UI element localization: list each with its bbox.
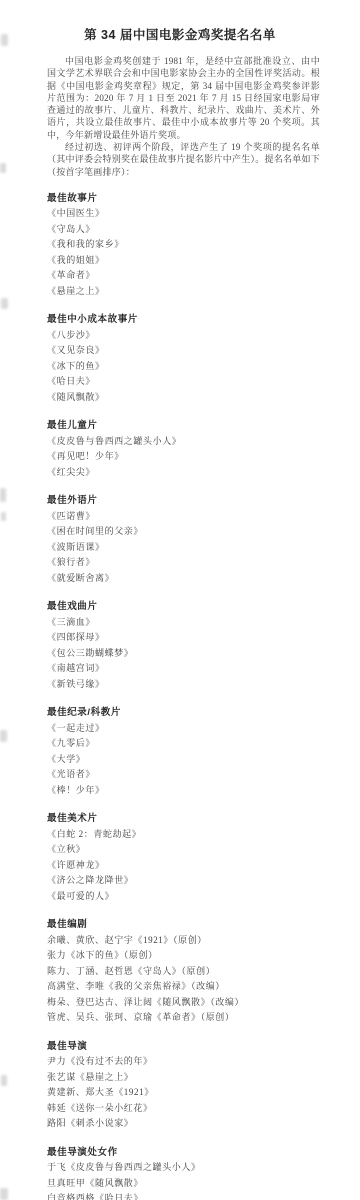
scan-artifact [0, 730, 7, 742]
nominee-item: 《我的姐姐》 [47, 253, 320, 269]
nominee-item: 张力《冰下的鱼》（原创） [47, 948, 320, 964]
category-section: 最佳儿童片《皮皮鲁与鲁西西之罐头小人》《再见吧！少年》《红尖尖》 [47, 418, 320, 480]
category-section: 最佳外语片《匹诺曹》《困在时间里的父亲》《波斯语课》《狼行者》《就爱断舍离》 [47, 493, 320, 586]
nominee-item: 《光语者》 [47, 767, 320, 783]
category-heading: 最佳美术片 [47, 811, 320, 827]
page-title: 第 34 届中国电影金鸡奖提名名单 [0, 0, 360, 42]
intro-paragraph: 中国电影金鸡奖创建于 1981 年，是经中宣部批准设立、由中国文学艺术界联合会和… [47, 55, 320, 141]
nominee-item: 《悬崖之上》 [47, 284, 320, 300]
nominee-item: 《中国医生》 [47, 206, 320, 222]
scan-artifact [0, 1188, 8, 1200]
nominee-item: 黄建新、郑大圣《1921》 [47, 1085, 320, 1101]
nominee-item: 《又见奈良》 [47, 343, 320, 359]
nominee-item: 《波斯语课》 [47, 540, 320, 556]
nominee-item: 《四郎探母》 [47, 630, 320, 646]
category-heading: 最佳戏曲片 [47, 599, 320, 615]
nominee-item: 《冰下的鱼》 [47, 359, 320, 375]
category-section: 最佳导演处女作于飞《皮皮鲁与鲁西西之罐头小人》旦真旺甲《随风飘散》白音格西格《哈… [47, 1145, 320, 1200]
nominee-item: 《三滴血》 [47, 615, 320, 631]
category-heading: 最佳外语片 [47, 493, 320, 509]
nominee-item: 《困在时间里的父亲》 [47, 524, 320, 540]
nominee-item: 尹力《没有过不去的年》 [47, 1054, 320, 1070]
scan-artifact [0, 488, 6, 502]
document-page: 第 34 届中国电影金鸡奖提名名单 中国电影金鸡奖创建于 1981 年，是经中宣… [0, 0, 360, 1200]
category-heading: 最佳故事片 [47, 191, 320, 207]
nominee-item: 《大学》 [47, 752, 320, 768]
nominee-item: 余曦、黄欣、赵宁宇《1921》（原创） [47, 933, 320, 949]
nominee-item: 《济公之降龙降世》 [47, 873, 320, 889]
category-section: 最佳编剧余曦、黄欣、赵宁宇《1921》（原创）张力《冰下的鱼》（原创）陈力、丁涵… [47, 917, 320, 1026]
nominee-item: 《守岛人》 [47, 222, 320, 238]
category-heading: 最佳编剧 [47, 917, 320, 933]
nominee-item: 《南越宫词》 [47, 661, 320, 677]
nominee-item: 《随风飘散》 [47, 390, 320, 406]
scan-artifact [1, 298, 8, 309]
nominee-item: 《八步沙》 [47, 328, 320, 344]
document-content: 中国电影金鸡奖创建于 1981 年，是经中宣部批准设立、由中国文学艺术界联合会和… [47, 55, 320, 1200]
category-section: 最佳中小成本故事片《八步沙》《又见奈良》《冰下的鱼》《哈日夫》《随风飘散》 [47, 312, 320, 405]
nominee-item: 《许愿神龙》 [47, 858, 320, 874]
category-section: 最佳故事片《中国医生》《守岛人》《我和我的家乡》《我的姐姐》《革命者》《悬崖之上… [47, 191, 320, 300]
nominee-item: 《一起走过》 [47, 721, 320, 737]
category-heading: 最佳纪录/科教片 [47, 705, 320, 721]
scan-artifact [1, 1075, 7, 1086]
nominee-item: 《哈日夫》 [47, 374, 320, 390]
nominee-item: 《革命者》 [47, 268, 320, 284]
nominee-item: 《白蛇 2：青蛇劫起》 [47, 827, 320, 843]
scan-artifact [1, 512, 6, 521]
nominee-item: 管虎、吴兵、张珂、京瑜《革命者》（原创） [47, 1010, 320, 1026]
category-section: 最佳纪录/科教片《一起走过》《九零后》《大学》《光语者》《棒！少年》 [47, 705, 320, 798]
nominee-item: 《立秋》 [47, 842, 320, 858]
category-heading: 最佳儿童片 [47, 418, 320, 434]
nominee-item: 《皮皮鲁与鲁西西之罐头小人》 [47, 434, 320, 450]
nominee-item: 《红尖尖》 [47, 465, 320, 481]
category-heading: 最佳导演处女作 [47, 1145, 320, 1161]
category-heading: 最佳中小成本故事片 [47, 312, 320, 328]
nominee-item: 张艺谋《悬崖之上》 [47, 1070, 320, 1086]
nominee-item: 《包公三勘蝴蝶梦》 [47, 646, 320, 662]
scan-artifact [1, 34, 8, 46]
nominee-item: 于飞《皮皮鲁与鲁西西之罐头小人》 [47, 1160, 320, 1176]
category-section: 最佳美术片《白蛇 2：青蛇劫起》《立秋》《许愿神龙》《济公之降龙降世》《最可爱的… [47, 811, 320, 904]
nominee-item: 高满堂、李唯《我的父亲焦裕禄》（改编） [47, 979, 320, 995]
category-section: 最佳戏曲片《三滴血》《四郎探母》《包公三勘蝴蝶梦》《南越宫词》《新铁弓缘》 [47, 599, 320, 692]
nominee-item: 《就爱断舍离》 [47, 571, 320, 587]
nominee-item: 《匹诺曹》 [47, 509, 320, 525]
nomination-sections: 最佳故事片《中国医生》《守岛人》《我和我的家乡》《我的姐姐》《革命者》《悬崖之上… [47, 191, 320, 1200]
intro: 中国电影金鸡奖创建于 1981 年，是经中宣部批准设立、由中国文学艺术界联合会和… [47, 55, 320, 178]
nominee-item: 旦真旺甲《随风飘散》 [47, 1176, 320, 1192]
intro-paragraph: 经过初选、初评两个阶段，评选产生了 19 个奖项的提名名单（其中评委会特别奖在最… [47, 141, 320, 178]
nominee-item: 陈力、丁涵、赵哲恩《守岛人》（原创） [47, 964, 320, 980]
nominee-item: 《最可爱的人》 [47, 889, 320, 905]
nominee-item: 《我和我的家乡》 [47, 237, 320, 253]
nominee-item: 《九零后》 [47, 736, 320, 752]
nominee-item: 韩延《送你一朵小红花》 [47, 1101, 320, 1117]
nominee-item: 《新铁弓缘》 [47, 677, 320, 693]
scan-artifact [0, 163, 6, 173]
nominee-item: 梅朵、登巴达古、泽让闼《随风飘散》（改编） [47, 995, 320, 1011]
nominee-item: 《狼行者》 [47, 555, 320, 571]
nominee-item: 白音格西格《哈日夫》 [47, 1191, 320, 1200]
nominee-item: 《再见吧！少年》 [47, 449, 320, 465]
nominee-item: 《棒！少年》 [47, 783, 320, 799]
category-heading: 最佳导演 [47, 1039, 320, 1055]
nominee-item: 路阳《刺杀小说家》 [47, 1116, 320, 1132]
category-section: 最佳导演尹力《没有过不去的年》张艺谋《悬崖之上》黄建新、郑大圣《1921》韩延《… [47, 1039, 320, 1132]
